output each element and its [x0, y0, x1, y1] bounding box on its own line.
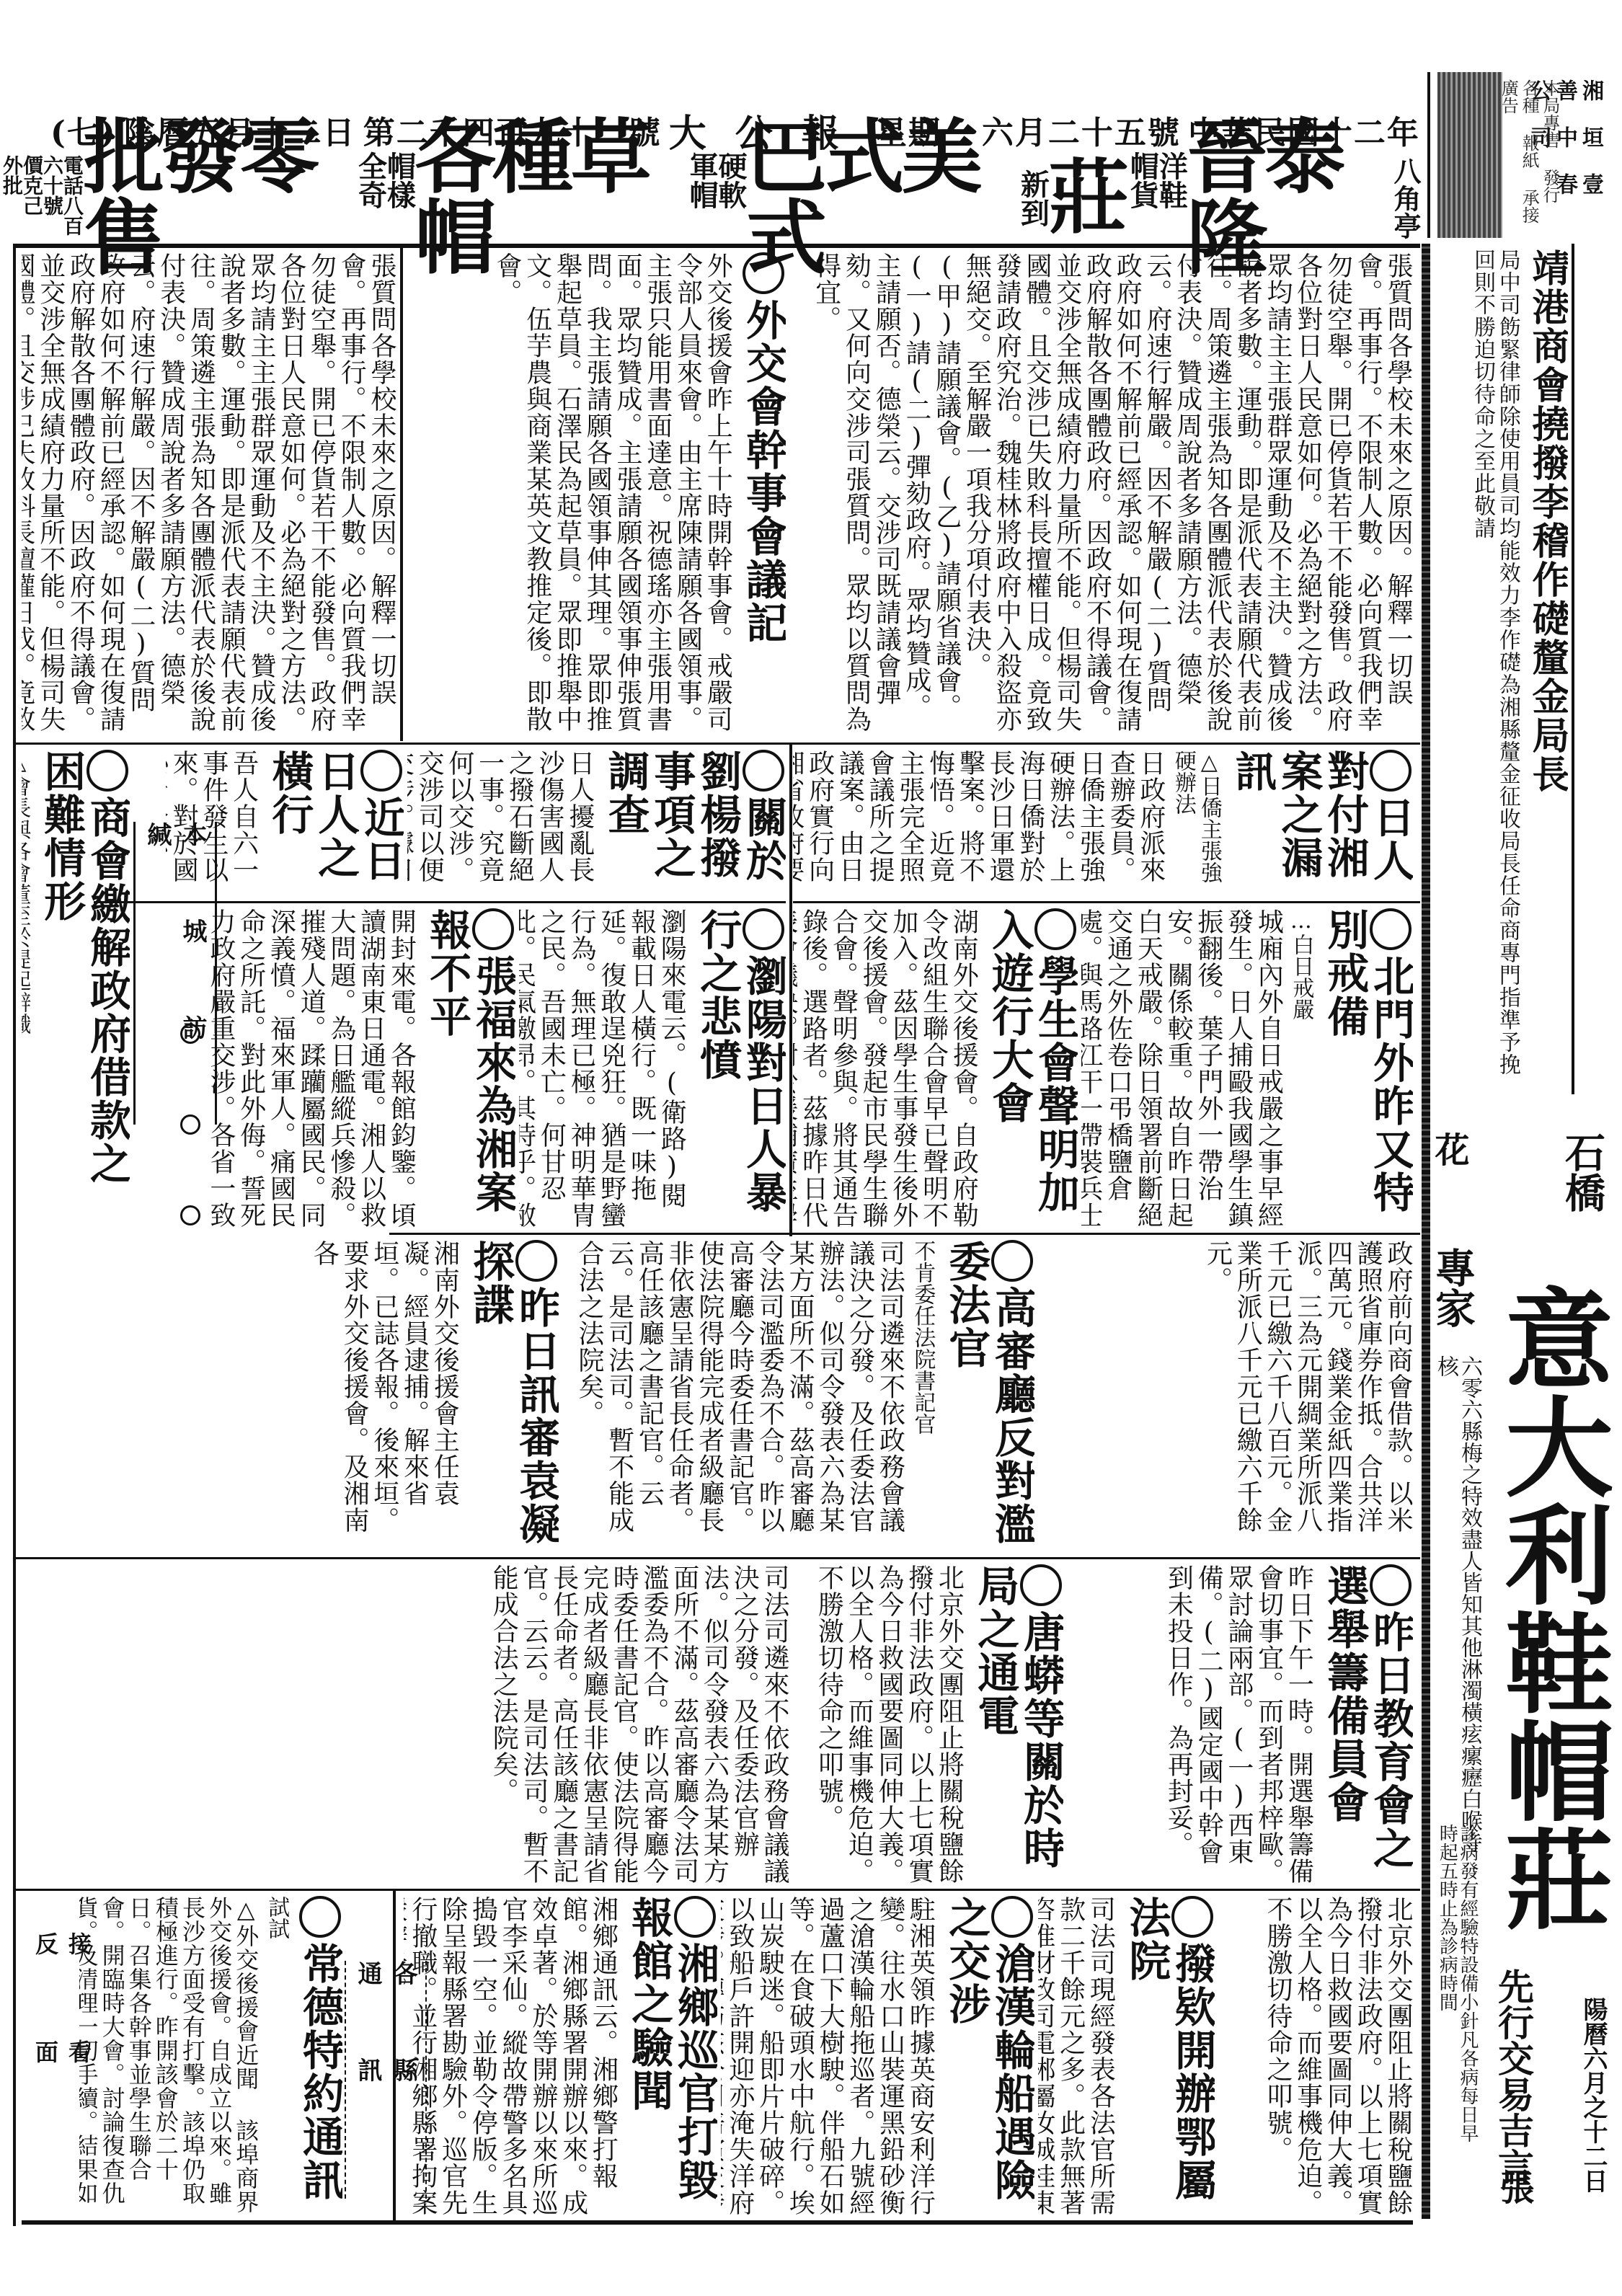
decorative-circles — [180, 1024, 202, 1225]
article-body: 瀏陽來電云。(衛路)閱報載日人橫行。既一味拖延。復敢逞兇狂。猶是野蠻行為。無理已… — [519, 908, 686, 1229]
article-body: 司法司遴來不依政務會議議決之分發。及任委法官辦法。似司令發表六為某某方面所不滿。… — [489, 1564, 790, 1885]
banner-address: 電話八百六十號 價克己 外批 — [1, 155, 82, 241]
article-body: 昨日下午一時。開選舉籌備會切事宜。而到者邦梓歐。眾討論兩部。(一)西東備。(二)… — [1164, 1564, 1314, 1885]
article-headline: 外交會幹事會議記 — [740, 252, 786, 735]
article-body: 北京外交團阻止將關稅鹽餘撥付非法政府。以上七項實為今日救國要圖同伸大義。以全人格… — [814, 1564, 965, 1885]
circle-marker-icon — [1034, 908, 1076, 950]
ad-hua: 花 — [1424, 1132, 1474, 1166]
article-body: 開封來電。各報館鈞鑒。頃讀湖南東日通電。湘人以救大問題。為日艦縱兵慘殺。摧殘人道… — [209, 908, 416, 1229]
rule-bottom — [22, 2220, 1413, 2225]
article-body: 日人擾亂長沙傷害國人之撥石斷絕一事。究竟何以交涉。交涉司以便交涉。據日領聲述。當… — [407, 750, 595, 897]
article-shanghui-cont: 政府前向商會借款。以米護照省庫券作抵。合共洋四萬元。錢業金紙四業指派。三為元開綢… — [1038, 1240, 1413, 1553]
top-right-dark-block — [1437, 72, 1502, 238]
article-tangmang-cont: 北京外交團阻止將關稅鹽餘撥付非法政府。以上七項實為今日救國要圖同伸大義。以全人格… — [1218, 1896, 1413, 2217]
ad-date-note: 陽曆六月之十二日 — [1576, 1997, 1611, 2213]
section-label-local: 本 城 訪 緘 — [133, 822, 217, 1125]
article-liuyang-diaocha: 關於劉楊撥事項之調查 日人擾亂長沙傷害國人之撥石斷絕一事。究竟何以交涉。交涉司以… — [407, 750, 786, 897]
circle-marker-icon — [1370, 908, 1412, 950]
circle-marker-icon — [1370, 750, 1412, 792]
ad-hours: 診病發有經驗特設備小針凡各病每日早時起五時止為診病時間 — [1437, 1824, 1478, 2148]
rule-section-4 — [14, 1557, 1420, 1559]
article-headline: 近日日人之橫行 — [266, 750, 404, 897]
circle-marker-icon — [743, 908, 784, 950]
circle-marker-icon — [991, 1240, 1033, 1282]
rule-v-right-ad — [1572, 244, 1574, 1094]
article-body: 張質問各學校未來之原因。解釋一切誤會。再事行。不限制人數。必向質我們幸勿徒空舉。… — [811, 252, 1413, 735]
rule-section-5 — [14, 1889, 1420, 1891]
banner-side-1: 洋鞋 帽貨 — [1127, 151, 1185, 245]
article-tangmang-tongdian: 唐蟒等關於時局之通電 北京外交團阻止將關稅鹽餘撥付非法政府。以上七項實為今日救國… — [793, 1564, 1063, 1885]
article-author: 試試 — [263, 1896, 289, 2217]
section-label-county: 各 縣 通 訊 — [345, 1961, 427, 2199]
rule-left — [13, 244, 16, 2226]
article-headline: 滄漢輪船遇險之交涉 — [942, 1896, 1034, 2217]
circle-marker-icon — [515, 1240, 557, 1282]
ad-specialist: 專家 — [1424, 1247, 1481, 1328]
article-body: 外交後援會昨上午十時開幹事會。戒嚴司令部人員來會。由主席陳請願各國領事。主張只能… — [492, 252, 732, 735]
ad-shiqiao: 石橋 — [1554, 1132, 1611, 1213]
rule-right-thick — [1422, 244, 1430, 2219]
continued-note: 接 看 反 面 — [29, 1932, 95, 2170]
circle-marker-icon — [472, 908, 514, 950]
article-body: 日政府派來查辦委員。日僑主張強硬辦法。上海日僑對於長沙日軍還擊案。將不悔悟。近竟… — [793, 750, 1166, 897]
rule-section-3 — [389, 1233, 1420, 1235]
article-headline: 張福來為湘案報不平 — [423, 908, 515, 1229]
circle-marker-icon — [743, 252, 784, 294]
rule-top — [14, 244, 1420, 248]
article-headline: 高審廳反對濫委法官 — [942, 1240, 1034, 1553]
banner-text-a: 莊 — [1048, 158, 1126, 239]
article-riren-xiangan: 日人對付湘案之漏訊 △日僑主張強硬辦法 日政府派來查辦委員。日僑主張強硬辦法。上… — [793, 750, 1413, 897]
circle-marker-icon — [1370, 1564, 1412, 1606]
top-right-small: 本局專售 發行 各種 報紙 承接 廣告 — [1498, 79, 1560, 231]
article-body: 張質問各學校未來之原因。解釋一切誤會。再事行。不限制人數。必向質我們幸勿徒空舉。… — [22, 252, 396, 735]
article-changde-tongxun: 常德特約通訊 試試 △外交後援會近聞 該埠商界外交後援會。自成立以來。雖長沙方面… — [79, 1896, 342, 2217]
top-right-box: 湘 垣 壹 善 中 春 公 司 本局專售 發行 各種 報紙 承接 廣告 — [1427, 72, 1610, 238]
article-headline: 湘鄉巡官打毀報館之驗聞 — [625, 1896, 717, 2217]
article-headline: 日人對付湘案之漏訊 — [1229, 750, 1413, 897]
rule-v-lower-mid — [789, 743, 792, 1236]
article-body: 北京外交團阻止將關稅鹽餘撥付非法政府。以上七項實為今日救國要圖同伸大義。以全人格… — [1262, 1896, 1413, 2217]
article-jiaoyuhui-xuanju: 昨日教育會之選舉籌備員會 昨日下午一時。開選舉籌備會切事宜。而到者邦梓歐。眾討論… — [1067, 1564, 1413, 1885]
article-body: 湘南外交後援會主任袁凝。經員逮捕。解來省垣。已誌各報。後來垣。要求外交後援會。及… — [309, 1240, 460, 1553]
article-headline: 昨日訊審袁凝探諜 — [466, 1240, 559, 1553]
circle-icon — [180, 1114, 200, 1135]
article-waijiao-ganshi: 外交會幹事會議記 外交後援會昨上午十時開幹事會。戒嚴司令部人員來會。由主席陳請願… — [407, 252, 786, 735]
rule-section-2 — [793, 901, 1420, 903]
article-xiangxiang-xunguan: 湘鄉巡官打毀報館之驗聞 湘鄉通訊云。湘鄉警打報館。湘鄉縣署開辦以來。成效卓著。於… — [404, 1896, 717, 2217]
article-body: 司法司現經發表各法官所需款二千餘元之多。此款無著咨准財政司電郴屬汝城桂東知事撥交… — [1038, 1896, 1115, 2217]
circle-marker-icon — [674, 1896, 716, 1938]
article-headline: 唐蟒等關於時局之通電 — [971, 1564, 1063, 1885]
article-headline: 關於劉楊撥事項之調查 — [602, 750, 786, 897]
article-jinggang: 靖港商會撓撥李稽作礎釐金局長 局中司飭緊律師除使用員司均能效力李作礎為湘縣釐金征… — [1431, 249, 1568, 1078]
article-headline: 撥欵開辦鄂屬法院 — [1122, 1896, 1215, 2217]
article-bokuan-shufa: 撥欵開辦鄂屬法院 司法司現經發表各法官所需款二千餘元之多。此款無著咨准財政司電郴… — [1038, 1896, 1215, 2217]
article-body: 局中司飭緊律師除使用員司均能效力李作礎為湘縣釐金征收局長任命商專門指準予挽回則不… — [1469, 249, 1520, 1078]
article-canghan-lunchuan: 滄漢輪船遇險之交涉 駐湘英領昨據英商安利洋行變。往水口山裝運黑鉛砂衡之滄漢輪船拖… — [721, 1896, 1034, 2217]
banner-side-4: 帽樣 全奇 — [355, 151, 413, 245]
ad-clinic-text: 六零六縣梅之特效盡人皆知其他淋濁橫痃瘰癧白喉寺核 — [1434, 1355, 1481, 1860]
article-subhead: △會長與各會董至於提起辭職 — [22, 750, 30, 1225]
article-headline: 常德特約通訊 — [296, 1896, 342, 2217]
article-headline: 靖港商會撓撥李稽作礎釐金局長 — [1527, 249, 1568, 1078]
article-lower-mid-text: 司法司遴來不依政務會議議決之分發。及任委法官辦法。似司令發表六為某某方面所不滿。… — [22, 1564, 789, 1885]
article-gaoshen-weiguan: 高審廳反對濫委法官 不肯委任法院書記官 司法司遴來不依政務會議議決之分發。及任委… — [562, 1240, 1034, 1553]
article-body: 湖南外交後援會。自政府勒令改組生聯合會早已聲明不加入。茲因學生事發生後外交後援會… — [793, 908, 978, 1229]
article-zhangfu-xiangan: 張福來為湘案報不平 開封來電。各報館鈞鑒。頃讀湖南東日通電。湘人以救大問題。為日… — [209, 908, 515, 1229]
right-ad-shiqiao: 石橋 花 專家 六零六縣梅之特效盡人皆知其他淋濁橫痃瘰癧白喉寺核 意大利鞋帽莊 … — [1431, 1103, 1618, 2220]
banner-ad: 八角亭 晉泰隆 洋鞋 帽貨 莊 新到 巴式美式 硬軟 軍帽 各種草帽 帽樣 全奇… — [0, 151, 1420, 245]
article-headline: 商會繳解政府借款之困難情形 — [37, 750, 130, 1225]
article-subhead: 不肯委任法院書記官 — [909, 1240, 935, 1553]
circle-icon — [180, 1024, 200, 1044]
circle-marker-icon — [299, 1896, 341, 1938]
article-headline: 昨日教育會之選舉籌備員會 — [1321, 1564, 1413, 1885]
circle-marker-icon — [360, 750, 402, 792]
rule-v-upper-mid — [400, 244, 403, 741]
article-body: 司法司遴來不依政務會議議決之分發。及任委法官辦法。似司令發表六為某某方面所不滿。… — [574, 1240, 905, 1553]
article-liuyang-riren: 瀏陽對日人暴行之悲憤 瀏陽來電云。(衛路)閱報載日人橫行。既一味拖延。復敢逞兇狂… — [519, 908, 786, 1229]
article-headline: 瀏陽對日人暴行之悲憤 — [693, 908, 786, 1229]
article-xuesheng-youxing: 學生會聲明加入遊行大會 湖南外交後援會。自政府勒令改組生聯合會早已聲明不加入。茲… — [793, 908, 1078, 1229]
article-shanghui-jiekuan: 商會繳解政府借款之困難情形 △會長與各會董至於提起辭職 政府前向商會借款。以米護… — [22, 750, 130, 1225]
article-upper-left: 張質問各學校未來之原因。解釋一切誤會。再事行。不限制人數。必向質我們幸勿徒空舉。… — [22, 252, 396, 735]
banner-side-3: 硬軟 軍帽 — [687, 151, 745, 245]
circle-marker-icon — [87, 750, 128, 792]
circle-marker-icon — [991, 1896, 1033, 1938]
ad-owner: 張 — [1489, 2170, 1539, 2204]
banner-side-2: 新到 — [1018, 169, 1047, 227]
article-subhead: …白日戒嚴 — [1288, 908, 1313, 1229]
rule-section-1 — [14, 743, 1420, 745]
circle-icon — [180, 1205, 200, 1225]
article-xuesheng-dahui: 張質問各學校未來之原因。解釋一切誤會。再事行。不限制人數。必向質我們幸勿徒空舉。… — [793, 252, 1413, 735]
article-headline: 北門外昨又特別戒備 — [1321, 908, 1413, 1229]
article-body: 政府前向商會借款。以米護照省庫券作抵。合共洋四萬元。錢業金紙四業指派。三為元開綢… — [1202, 1240, 1413, 1553]
article-beimen-jiebei: 北門外昨又特別戒備 …白日戒嚴 城廂內外自日戒嚴之事早經發生。日人捕毆我國學生鎮… — [1081, 908, 1413, 1229]
article-body: 駐湘英領昨據英商安利洋行變。往水口山裝運黑鉛砂衡之滄漢輪船拖巡者。九號經過蘆口下… — [721, 1896, 935, 2217]
article-body: 湘鄉通訊云。湘鄉警打報館。湘鄉縣署開辦以來。成效卓著。於等開辦以來所巡官李采仙。… — [404, 1896, 618, 2217]
article-subhead: △日僑主張強硬辦法 — [1170, 750, 1222, 897]
circle-marker-icon — [1020, 1564, 1062, 1606]
circle-marker-icon — [1171, 1896, 1213, 1938]
article-headline: 學生會聲明加入遊行大會 — [985, 908, 1078, 1229]
article-zuori-xunshen: 昨日訊審袁凝探諜 湘南外交後援會主任袁凝。經員逮捕。解來省垣。已誌各報。後來垣。… — [22, 1240, 559, 1553]
article-body: △外交後援會近聞 該埠商界外交後援會。自成立以來。雖長沙方面受有打擊。該埠仍取積… — [79, 1896, 259, 2217]
banner-prefix: 八角亭 — [1391, 157, 1419, 239]
article-body: 城廂內外自日戒嚴之事早經發生。日人捕毆我國學生鎮振翻後。葉子門外一帶治安。關係較… — [1081, 908, 1283, 1229]
circle-marker-icon — [743, 750, 784, 792]
